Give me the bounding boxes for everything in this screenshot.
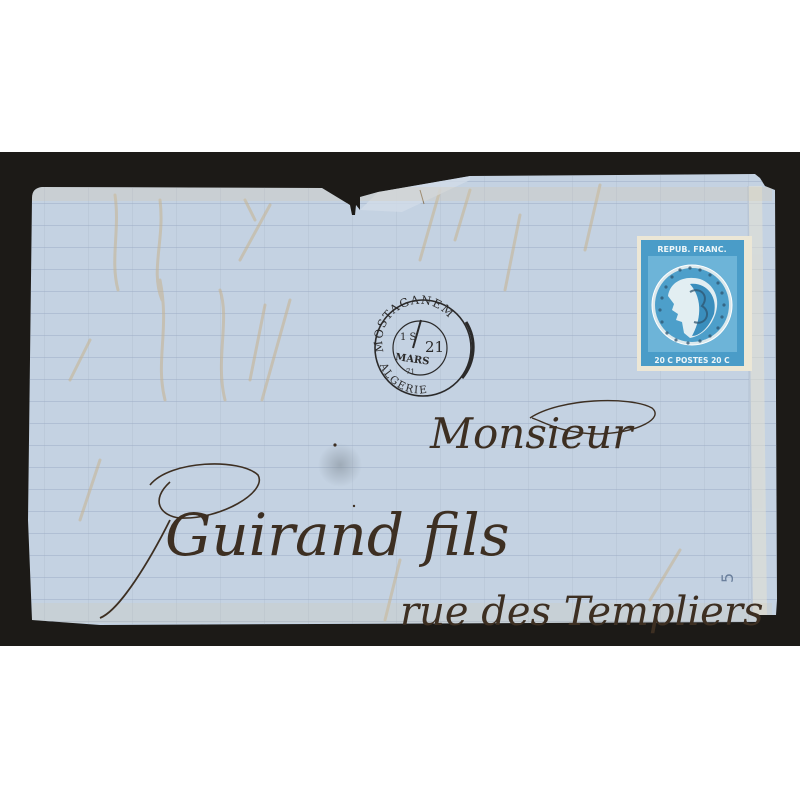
paper-sheet (0, 150, 800, 650)
postage-stamp: REPUB. FRANC. 20 C POSTES 20 C (637, 236, 752, 371)
address-line-1: Monsieur (429, 409, 635, 458)
stamp-top-text: REPUB. FRANC. (657, 245, 726, 254)
address-line-2: Guirand fils (165, 501, 509, 569)
address-line-3: rue des Templiers (400, 589, 763, 635)
postmark-day: 21 (425, 338, 444, 356)
pencil-note: 5 (718, 573, 737, 583)
postmark-hour: 1 S (400, 332, 417, 343)
stamp-bottom-text: 20 C POSTES 20 C (654, 356, 730, 365)
letter-cover: MOSTAGANEM ALGERIE 1 S 21 MARS 71 REPU (0, 0, 800, 800)
postmark-year: 71 (406, 368, 415, 376)
